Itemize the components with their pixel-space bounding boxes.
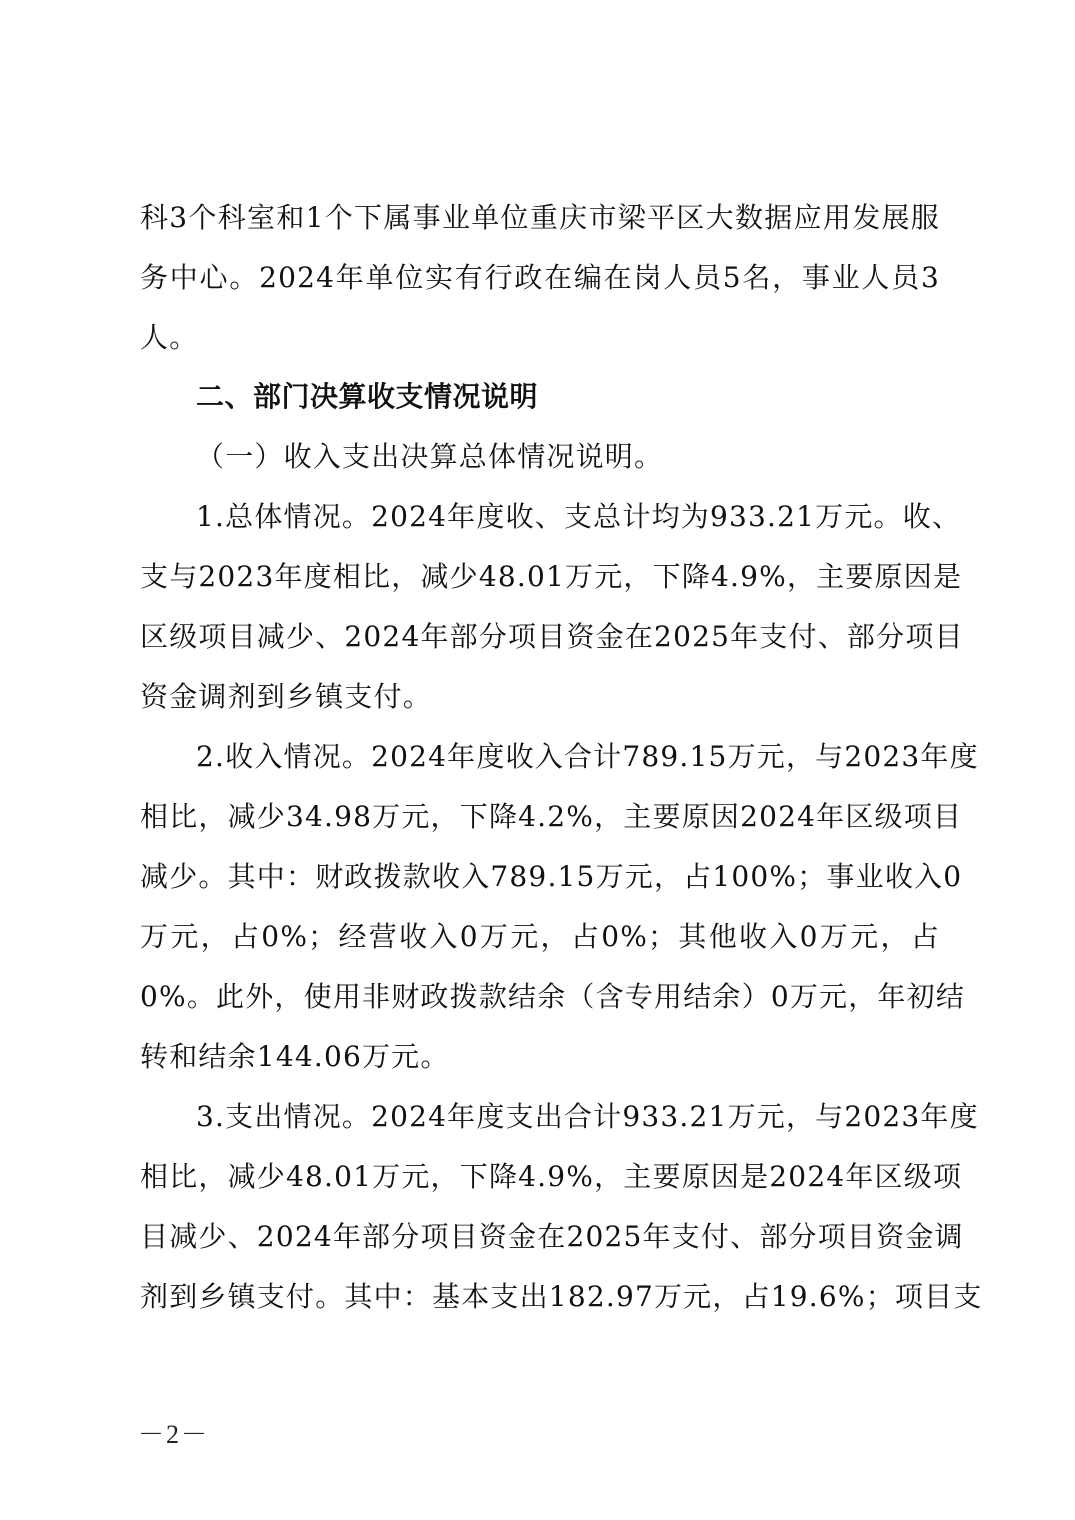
intro-line-2: 务中心。2024年单位实有行政在编在岗人员5名，事业人员3 [140, 258, 940, 298]
paragraph-overall-line-4: 资金调剂到乡镇支付。 [140, 677, 940, 717]
paragraph-income-line-5: 0%。此外，使用非财政拨款结余（含专用结余）0万元，年初结 [140, 977, 940, 1017]
paragraph-expense-line-4: 剂到乡镇支付。其中：基本支出182.97万元，占19.6%；项目支 [140, 1277, 940, 1317]
intro-line-3: 人。 [140, 318, 940, 358]
paragraph-income-line-1: 2.收入情况。2024年度收入合计789.15万元，与2023年度 [196, 737, 940, 777]
paragraph-income-line-2: 相比，减少34.98万元，下降4.2%，主要原因2024年区级项目 [140, 797, 940, 837]
paragraph-overall-line-1: 1.总体情况。2024年度收、支总计均为933.21万元。收、 [196, 497, 940, 537]
paragraph-overall-line-2: 支与2023年度相比，减少48.01万元，下降4.9%，主要原因是 [140, 557, 940, 597]
paragraph-overall-line-3: 区级项目减少、2024年部分项目资金在2025年支付、部分项目 [140, 617, 940, 657]
paragraph-expense-line-1: 3.支出情况。2024年度支出合计933.21万元，与2023年度 [196, 1097, 940, 1137]
subsection-heading: （一）收入支出决算总体情况说明。 [196, 437, 940, 477]
paragraph-income-line-6: 转和结余144.06万元。 [140, 1037, 940, 1077]
intro-line-1: 科3个科室和1个下属事业单位重庆市梁平区大数据应用发展服 [140, 198, 940, 238]
section-heading: 二、部门决算收支情况说明 [196, 377, 940, 417]
page-number: －2－ [138, 1418, 209, 1452]
paragraph-income-line-4: 万元，占0%；经营收入0万元，占0%；其他收入0万元，占 [140, 917, 940, 957]
paragraph-expense-line-3: 目减少、2024年部分项目资金在2025年支付、部分项目资金调 [140, 1217, 940, 1257]
paragraph-income-line-3: 减少。其中：财政拨款收入789.15万元，占100%；事业收入0 [140, 857, 940, 897]
paragraph-expense-line-2: 相比，减少48.01万元，下降4.9%，主要原因是2024年区级项 [140, 1157, 940, 1197]
document-page: 科3个科室和1个下属事业单位重庆市梁平区大数据应用发展服 务中心。2024年单位… [0, 0, 1075, 1520]
